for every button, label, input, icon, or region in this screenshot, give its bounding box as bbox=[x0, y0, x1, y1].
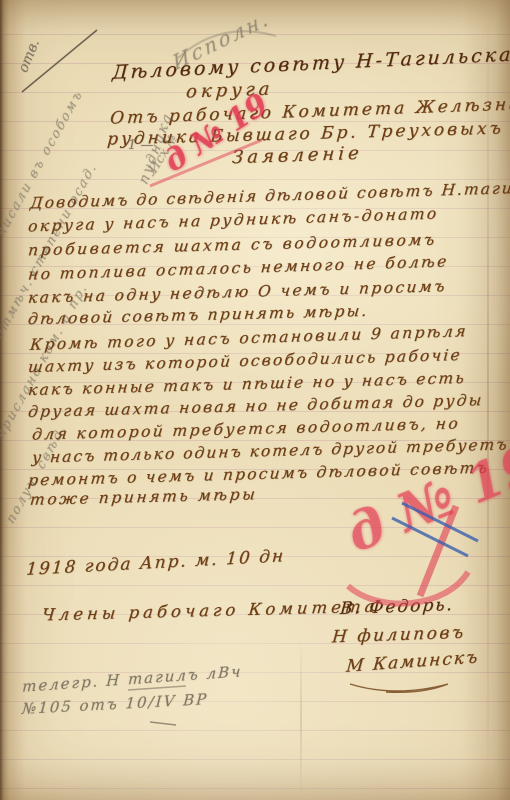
body-line: тоже принять мѣры bbox=[29, 485, 258, 509]
signature: Н филиповъ bbox=[331, 623, 466, 648]
document-page: писали въ особомъ отмѣч. степени осад. п… bbox=[0, 0, 510, 800]
date-line: 1918 года Апр. м. 10 дн bbox=[25, 546, 285, 580]
document-title: Заявленіе bbox=[231, 143, 363, 169]
corner-pencil-note: отв. bbox=[15, 37, 43, 75]
signature: М Каминскъ bbox=[345, 647, 480, 676]
bottom-pencil-note: №105 отъ 10/IV ВР bbox=[21, 690, 208, 718]
pencil-underline bbox=[150, 722, 176, 725]
bottom-pencil-note: телегр. Н тагилъ лВч bbox=[22, 662, 243, 696]
signature: В. Федорь. bbox=[339, 595, 455, 619]
header-addressee-line1: Дѣловому совѣту Н-Тагильскаго bbox=[112, 42, 510, 84]
signature-flourish bbox=[350, 684, 448, 692]
paper-crease bbox=[300, 640, 302, 800]
signature-intro: Члены рабочаго Комитета bbox=[41, 597, 379, 625]
